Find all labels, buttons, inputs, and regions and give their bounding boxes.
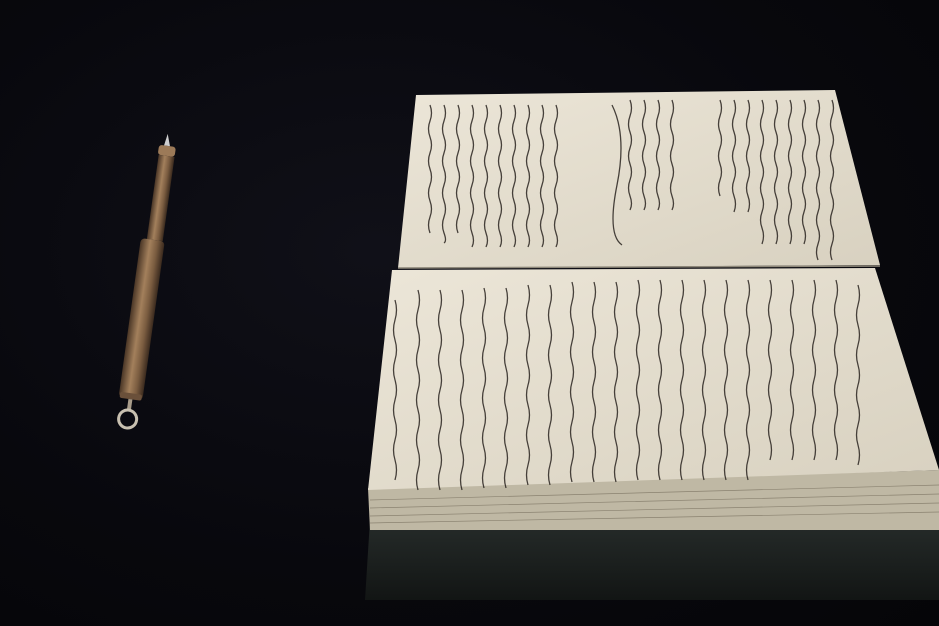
bottom-page bbox=[368, 268, 939, 490]
open-notebook bbox=[0, 0, 939, 626]
photo-scene: Antique mechanical pencil beside an open… bbox=[0, 0, 939, 626]
top-page bbox=[398, 90, 880, 268]
